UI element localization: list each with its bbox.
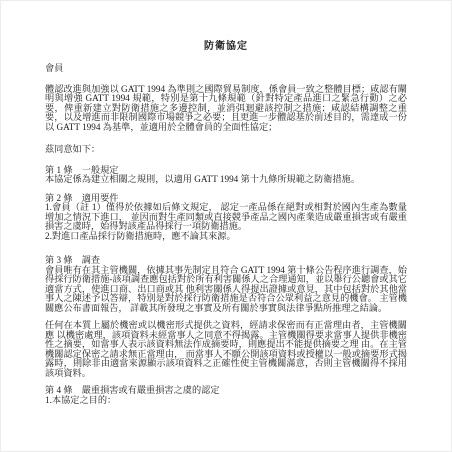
article-1: 第 1 條 一般規定 本協定係為建立相關之規則，以適用 GATT 1994 第十… — [45, 166, 407, 185]
agreement-clause: 茲同意如下： — [45, 145, 407, 155]
document-title: 防衛協定 — [45, 41, 407, 53]
article-1-paragraph-1: 本協定係為建立相關之規則，以適用 GATT 1994 第十九條所規範之防衛措施。 — [45, 175, 407, 185]
article-2-paragraph-2: 2.對進口產品採行防衛措施時，應不論其來源。 — [45, 232, 407, 242]
article-2-paragraph-1: 1.會員（註 1）僅得於依據如后條文規定， 認定一產品係在絕對或相對於國內生產為… — [45, 203, 407, 232]
article-3: 第 3 條 調查 會員唯有在其主管機關，依據其事先制定且符合 GATT 1994… — [45, 256, 407, 378]
article-3-paragraph-2: 任何在本質上屬於機密或以機密形式提供之資料，經請求保密而有正當理由者，主管機關應… — [45, 321, 407, 378]
preamble-paragraph: 體認改進與加強以 GATT 1994 為準則之國際貿易制度，係會員一致之整體目標… — [45, 85, 407, 133]
article-2: 第 2 條 適用要件 1.會員（註 1）僅得於依據如后條文規定， 認定一產品係在… — [45, 194, 407, 242]
article-4-paragraph-1: 1.本協定之目的： — [45, 396, 407, 406]
document-page: 防衛協定 會員 體認改進與加強以 GATT 1994 為準則之國際貿易制度，係會… — [0, 0, 452, 452]
article-3-paragraph-1: 會員唯有在其主管機關，依據其事先制定且符合 GATT 1994 第十條公告程序進… — [45, 266, 407, 314]
salutation-members: 會員 — [45, 64, 407, 74]
article-4: 第 4 條 嚴重損害或有嚴重損害之虞的認定 1.本協定之目的： — [45, 386, 407, 405]
